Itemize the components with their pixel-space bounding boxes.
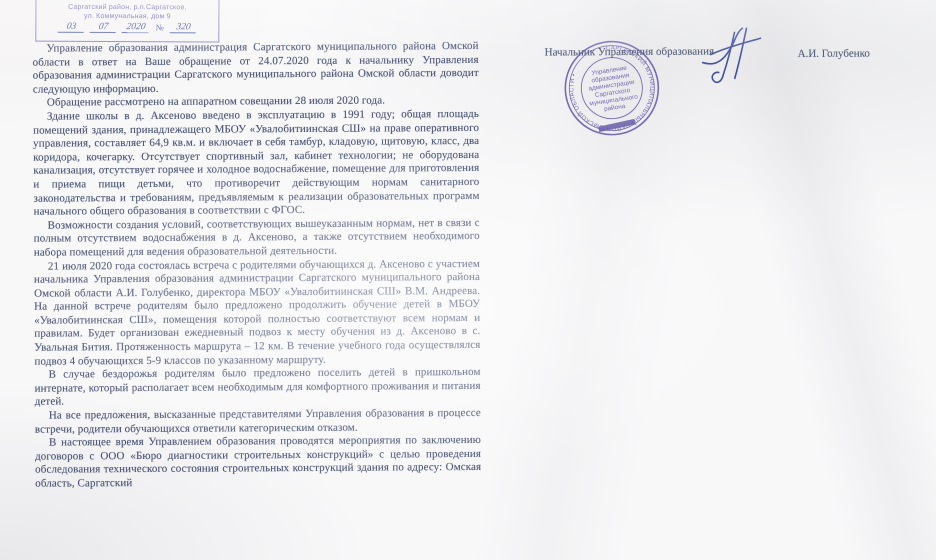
handwritten-signature [698, 16, 790, 89]
body-paragraph: На все предложения, высказанные представ… [35, 407, 481, 437]
letter-body: Управление образования администрация Сар… [33, 40, 482, 491]
body-paragraph: Здание школы в д. Аксеново введено в экс… [33, 108, 480, 219]
handwritten-day: 03 [58, 23, 85, 33]
letter-page: Саргатский район, р.п.Саргатское, ул. Ко… [0, 0, 936, 560]
official-seal: САРГАТСКИЙ МУНИЦИПАЛЬНЫЙ РАЙОН ОМСКОЙ ОБ… [556, 33, 667, 144]
handwritten-month: 07 [90, 23, 117, 33]
sender-address-stamp: Саргатский район, р.п.Саргатское, ул. Ко… [35, 0, 219, 42]
signatory-name: А.И. Голубенко [798, 48, 870, 60]
handwritten-year: 2020 [122, 23, 150, 33]
body-paragraph: 21 июля 2020 года состоялась встреча с р… [34, 257, 481, 368]
body-paragraph: Возможности создания условий, соответств… [34, 217, 480, 261]
handwritten-outgoing-number: 320 [169, 23, 196, 33]
body-paragraph: В случае бездорожья родителям было предл… [35, 366, 481, 410]
body-paragraph: Управление образования администрация Сар… [33, 40, 479, 97]
number-sign: № [156, 23, 164, 33]
stamp-date-number-row: 03 07 2020 № 320 [36, 23, 218, 33]
body-paragraph: В настоящее время Управлением образовани… [35, 434, 481, 491]
stamp-address-line: ул. Коммунальная, дом 9 [36, 12, 218, 21]
document-photo: Саргатский район, р.п.Саргатское, ул. Ко… [0, 0, 936, 560]
